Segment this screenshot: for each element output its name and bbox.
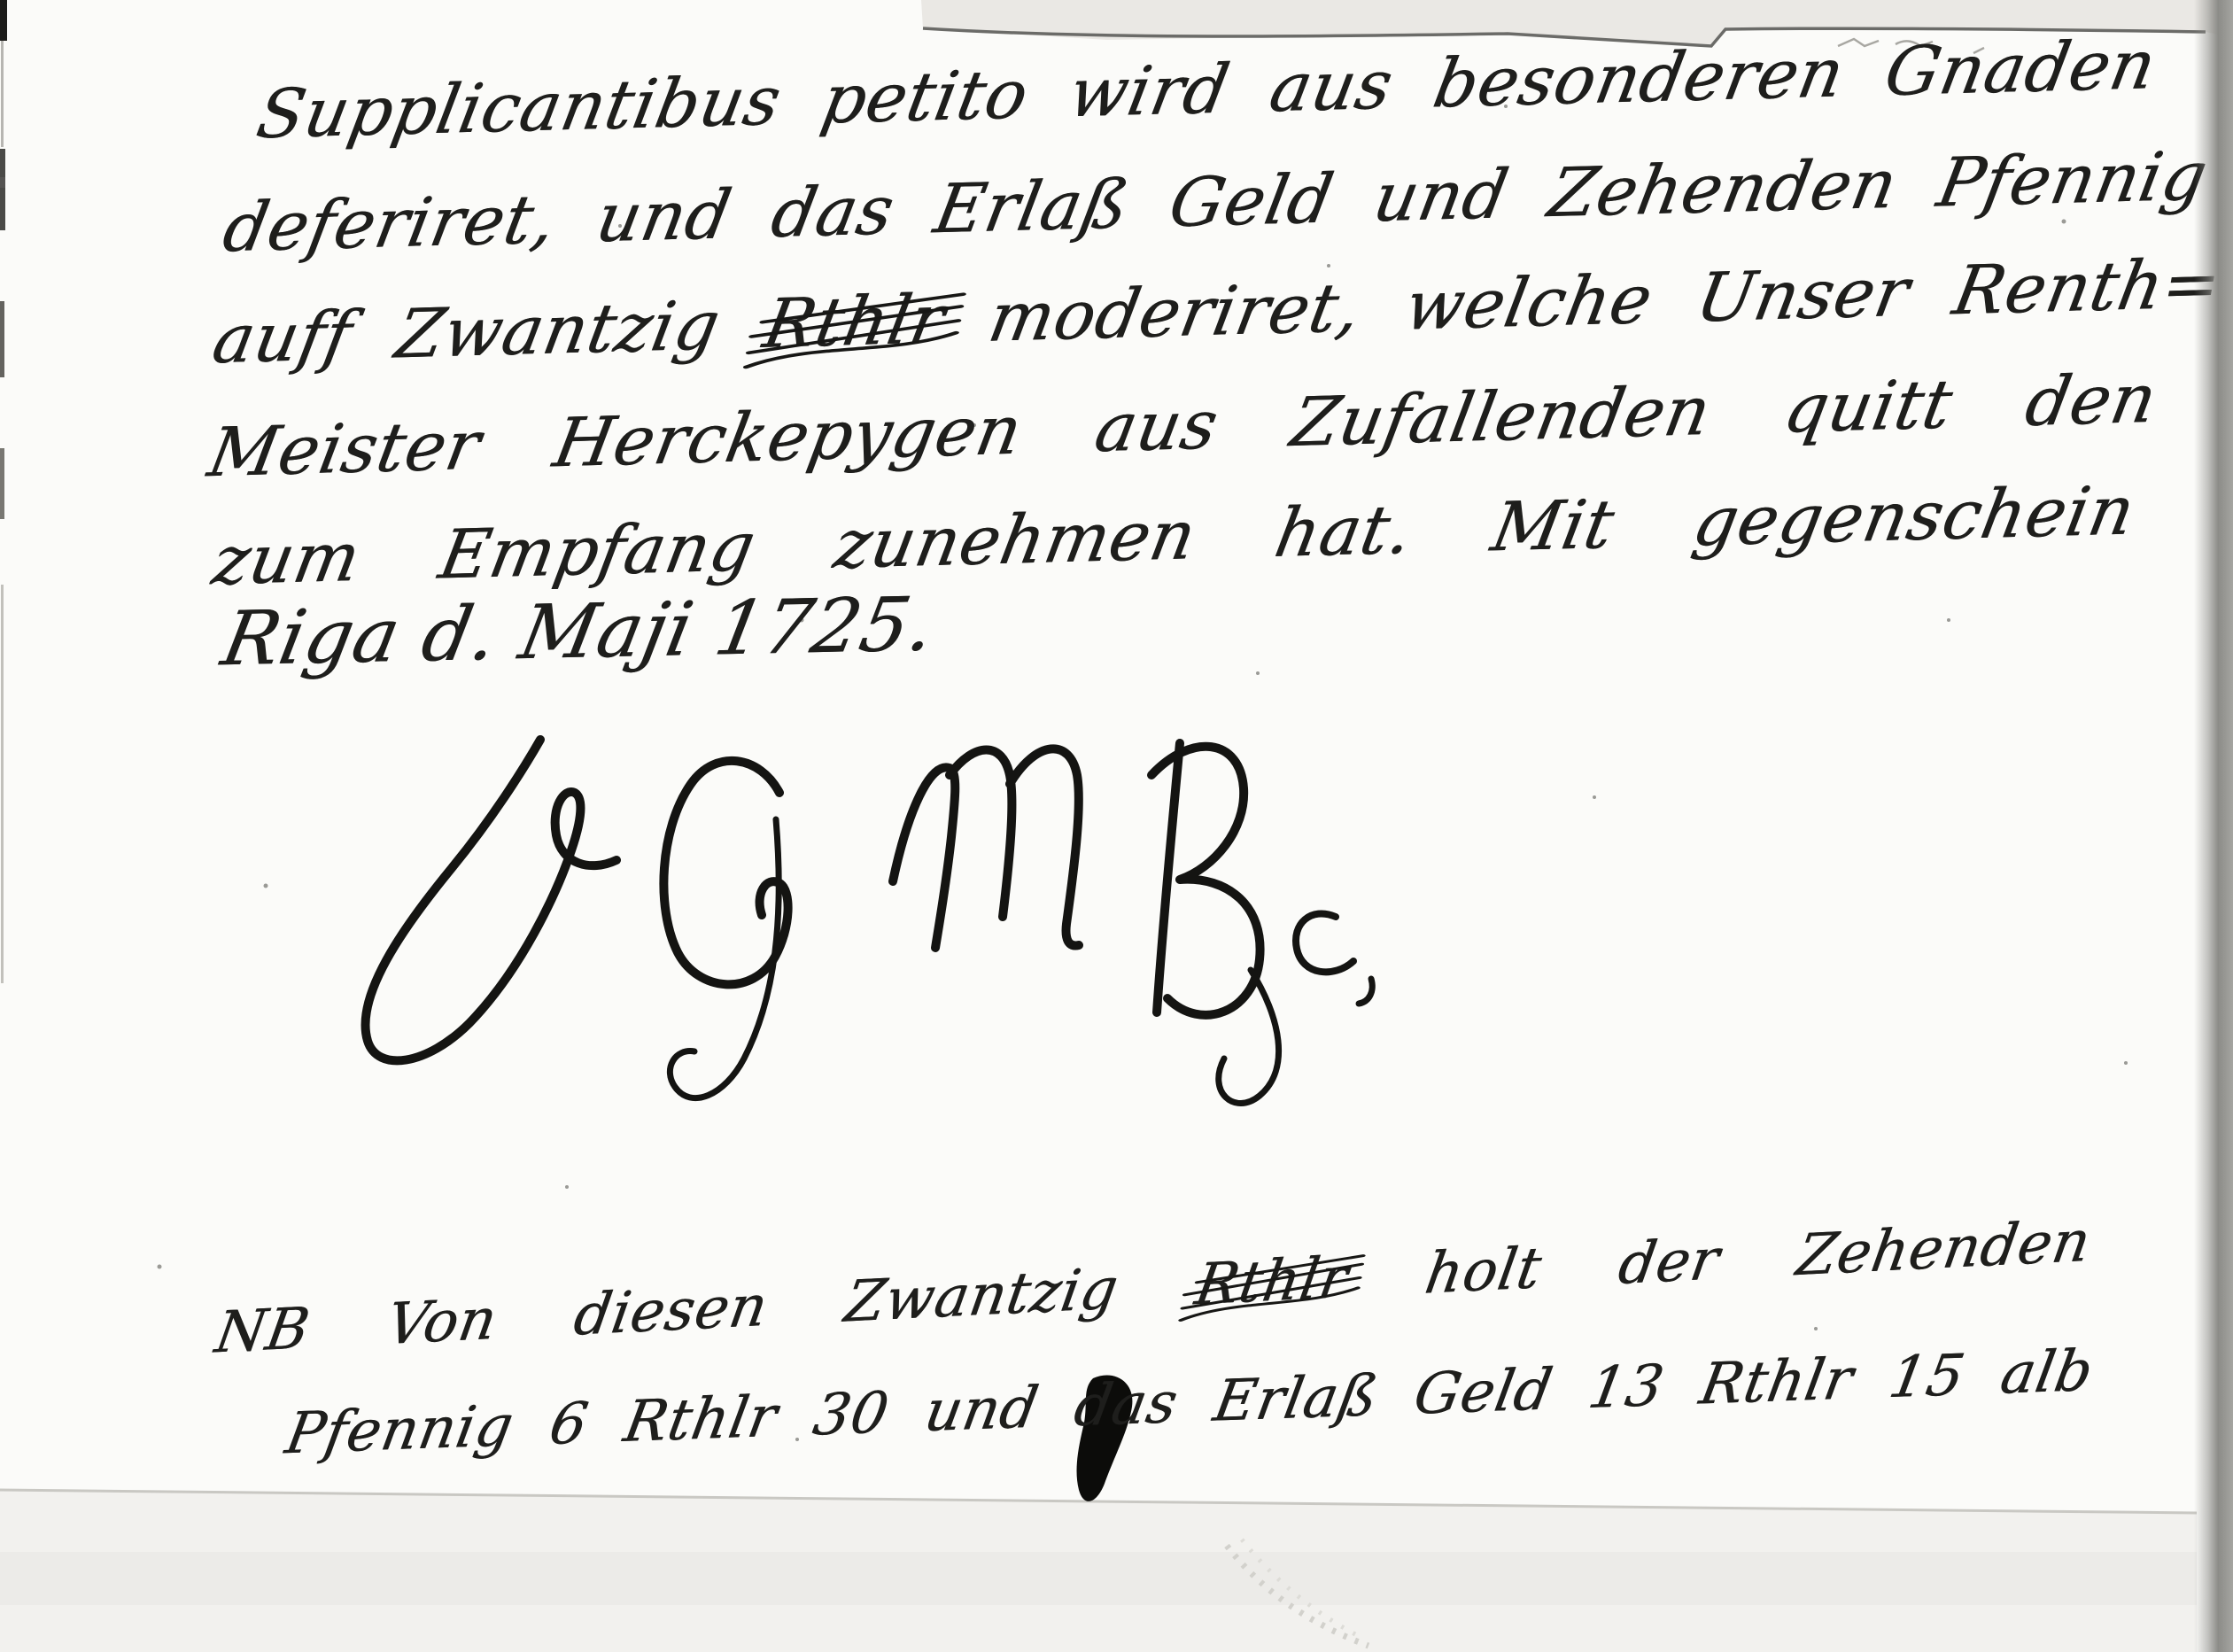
dateline-riga-1725: Riga d. Maji 1725.: [215, 580, 942, 682]
manuscript-line-4: Meister Herckepygen aus Zufallenden quit…: [203, 359, 2164, 492]
signature-monogram: [319, 686, 1408, 1147]
ghost-mark-2: [1242, 1540, 1355, 1634]
paper-edge-top: [923, 28, 2206, 46]
scanner-backing: [0, 1490, 2197, 1652]
ghost-mark: [1227, 1546, 1368, 1646]
line-3-text-after: moderiret, welche Unser Renth=: [983, 244, 2228, 357]
manuscript-line-3: auff Zwantzig Rthlr moderiret, welche Un…: [207, 244, 2229, 379]
postscript-line-1: NB Von diesen Zwantzig Rthlr holt der Ze…: [211, 1209, 2096, 1367]
manuscript-line-2: deferiret, und das Erlaß Geld und Zehend…: [217, 136, 2214, 267]
ink-blot: [1077, 1376, 1133, 1501]
manuscript-line-5: zum Empfang zunehmen hat. Mit gegenschei…: [206, 470, 2141, 600]
struck-word-rthlr-postscript: Rthlr: [1190, 1245, 1353, 1319]
top-edge-band: [921, 0, 2233, 46]
strikethrough-scribble: [1180, 1235, 1366, 1328]
left-edge-marks: [0, 0, 7, 983]
pencil-scribble: [1838, 39, 1984, 53]
scanned-document-page: Supplicantibus petito wird aus besondere…: [0, 0, 2233, 1652]
backing-shade-band: [0, 1552, 2197, 1605]
manuscript-line-1: Supplicantibus petito wird aus besondere…: [251, 25, 2162, 154]
line-3-text: auff Zwantzig: [207, 285, 726, 378]
postscript-line-2: Pfennig 6 Rthlr 30 und das Erlaß Geld 13…: [281, 1338, 2098, 1468]
scanner-strip-right: [2194, 0, 2233, 1652]
postscript-1-text-after: holt der Zehenden: [1421, 1209, 2096, 1307]
postscript-1-text: NB Von diesen Zwantzig: [211, 1256, 1123, 1366]
struck-word-rthlr: Rthlr: [757, 279, 951, 363]
paper-edge-bottom: [0, 1490, 2197, 1513]
strikethrough-scribble: [745, 268, 968, 375]
